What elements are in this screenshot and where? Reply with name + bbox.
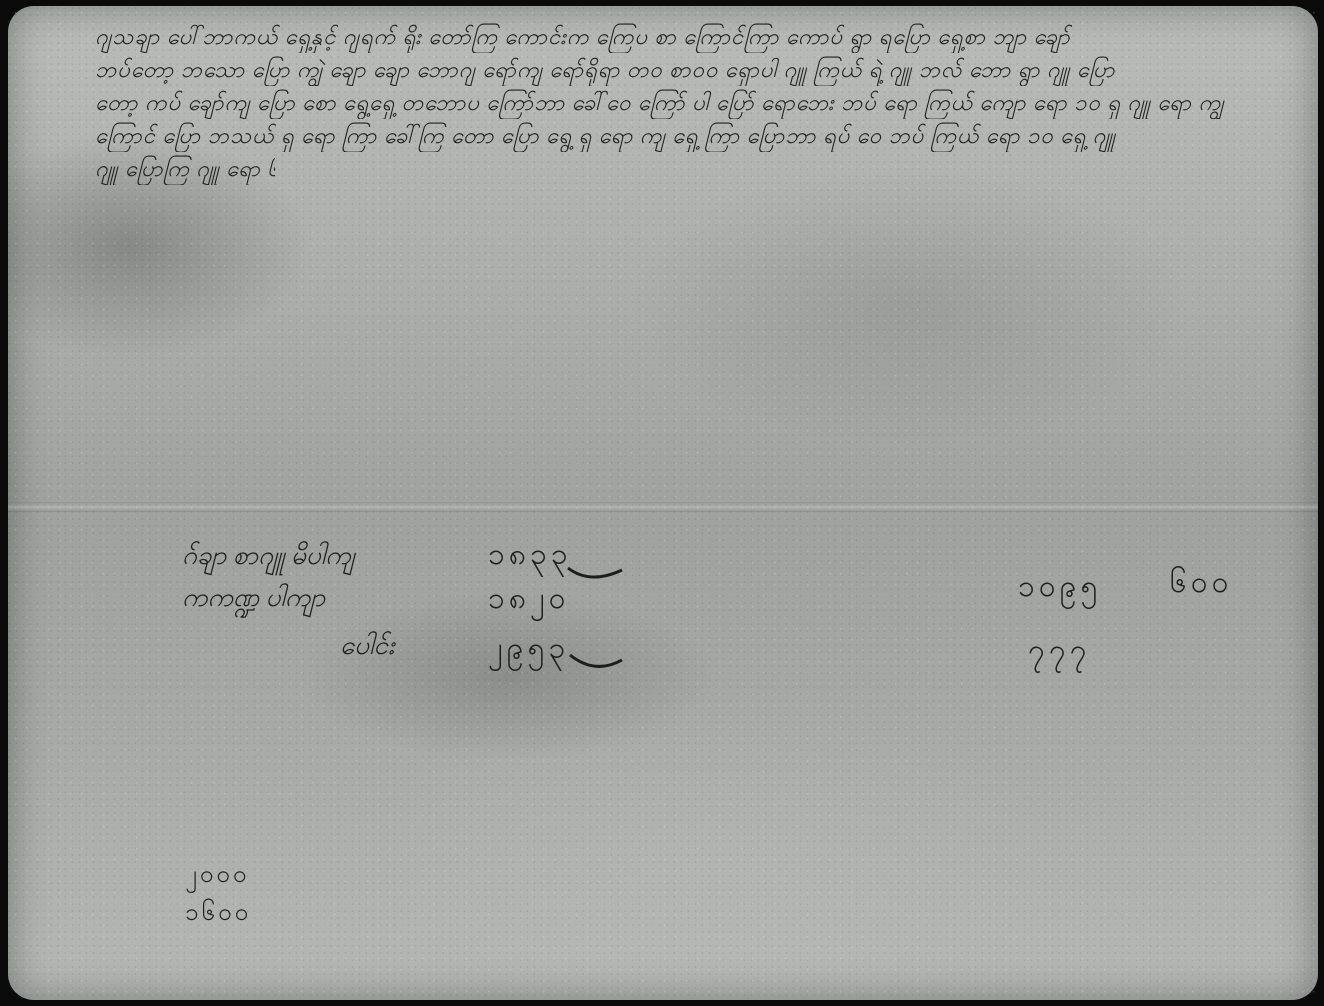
- ledger-value-2: ၁၈၂၀: [488, 578, 570, 623]
- header-line-5: ဂျူ ပြောကြ ဂျူ ရော ၆၀၀: [95, 152, 275, 185]
- page-fold-crease: [8, 502, 1318, 512]
- header-line-3: တော့ ကပ် ချော်ကျ ပြော စော ရွေ့ရှေ့ တဘောပ…: [95, 86, 1275, 119]
- ledger-value-total: ၂၉၅၃: [488, 628, 569, 673]
- ledger-label-1: ဂ်ချာ စာဂျူ မိပါကျ: [182, 538, 355, 577]
- ledger-label-2: ကကဏ္ဍ ပါကျာ: [182, 580, 325, 619]
- header-paragraph: ဂျသချာ ပေါ်ဘာကယ် ရှေ့နှင့် ဂျရက် ရိုး တေ…: [95, 20, 1275, 185]
- ledger-label-total: ပေါင်း: [340, 628, 394, 667]
- header-line-1: ဂျသချာ ပေါ်ဘာကယ် ရှေ့နှင့် ဂျရက် ရိုး တေ…: [95, 20, 1275, 53]
- right-value-1: ၁၀၉၅: [1018, 566, 1102, 611]
- bottom-number-1: ၂၀၀၀: [185, 858, 249, 894]
- right-value-2: ၇၇၇: [1028, 630, 1091, 675]
- header-line-2: ဘပ်တော့ ဘသော ပြော ကျွဲ ချော ချော ဘောဂျ ရ…: [95, 53, 1275, 86]
- flourish-strokes: [560, 560, 640, 680]
- bottom-number-2: ၁၆၀၀: [185, 896, 251, 932]
- header-line-4: ကြောင် ပြော ဘသယ် ရှ ရော ကြာ ခေါ်ကြ တော ပ…: [95, 119, 1275, 152]
- right-extra-1: ၆၀၀: [1170, 562, 1233, 607]
- photo-frame: ဂျသချာ ပေါ်ဘာကယ် ရှေ့နှင့် ဂျရက် ရိုး တေ…: [0, 0, 1324, 1006]
